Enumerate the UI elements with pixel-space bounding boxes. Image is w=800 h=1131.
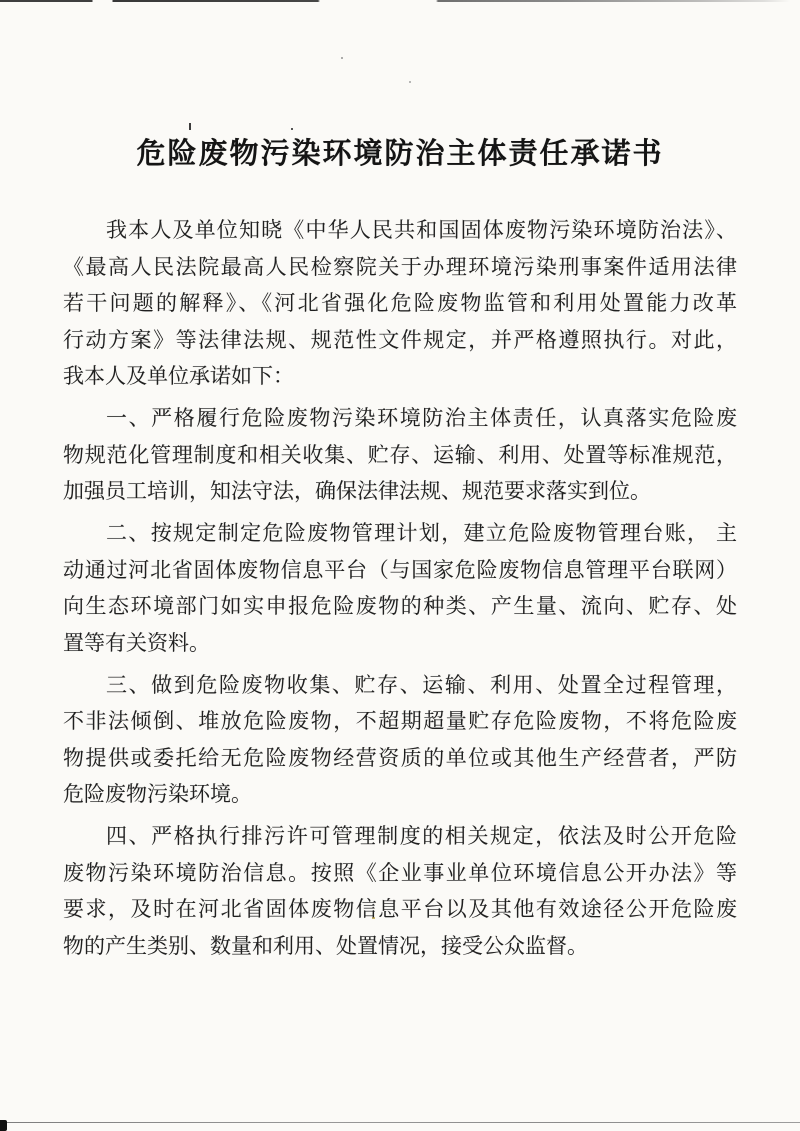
document-line: 不非法倾倒、堆放危险废物，不超期超量贮存危险废物，不将危险废 xyxy=(63,703,737,740)
commitment-item-4: 四、严格执行排污许可管理制度的相关规定，依法及时公开危险 废物污染环境防治信息。… xyxy=(63,818,737,964)
document-line: 加强员工培训，知法守法，确保法律法规、规范要求落实到位。 xyxy=(63,473,737,510)
scan-speck xyxy=(409,81,411,83)
document-line: 危险废物污染环境。 xyxy=(63,776,737,813)
document-line: 向生态环境部门如实申报危险废物的种类、产生量、流向、贮存、处 xyxy=(63,588,737,625)
document-line: 四、严格执行排污许可管理制度的相关规定，依法及时公开危险 xyxy=(63,818,737,855)
scan-speck xyxy=(341,57,343,59)
scanned-document-page: 危险废物污染环境防治主体责任承诺书 我本人及单位知晓《中华人民共和国固体废物污染… xyxy=(0,0,800,1131)
document-line: 要求，及时在河北省固体废物信息平台以及其他有效途径公开危险废 xyxy=(63,891,737,928)
document-line: 物提供或委托给无危险废物经营资质的单位或其他生产经营者，严防 xyxy=(63,740,737,777)
scan-artifact-bottom-edge xyxy=(0,1122,800,1123)
document-line: 一、严格履行危险废物污染环境防治主体责任，认真落实危险废 xyxy=(63,400,737,437)
document-title: 危险废物污染环境防治主体责任承诺书 xyxy=(0,131,800,172)
document-line: 三、做到危险废物收集、贮存、运输、利用、处置全过程管理， xyxy=(63,667,737,704)
scan-speck xyxy=(291,128,293,130)
document-line: 我本人及单位知晓《中华人民共和国固体废物污染环境防治法》、 xyxy=(63,212,737,249)
document-line: 置等有关资料。 xyxy=(63,625,737,662)
commitment-item-1: 一、严格履行危险废物污染环境防治主体责任，认真落实危险废 物规范化管理制度和相关… xyxy=(63,400,737,510)
scan-speck xyxy=(189,123,191,130)
scan-artifact-top-edge xyxy=(0,0,800,2)
document-line: 物规范化管理制度和相关收集、贮存、运输、利用、处置等标准规范， xyxy=(63,437,737,474)
document-line: 行动方案》等法律法规、规范性文件规定，并严格遵照执行。对此， xyxy=(63,322,737,359)
document-line: 若干问题的解释》、《河北省强化危险废物监管和利用处置能力改革 xyxy=(63,285,737,322)
document-line: 二、按规定制定危险废物管理计划，建立危险废物管理台账， 主 xyxy=(63,515,737,552)
commitment-item-3: 三、做到危险废物收集、贮存、运输、利用、处置全过程管理， 不非法倾倒、堆放危险废… xyxy=(63,667,737,813)
document-line: 物的产生类别、数量和利用、处置情况，接受公众监督。 xyxy=(63,928,737,965)
document-body: 我本人及单位知晓《中华人民共和国固体废物污染环境防治法》、 《最高人民法院最高人… xyxy=(63,212,737,970)
scan-artifact-corner-mark xyxy=(0,1120,7,1131)
document-line: 动通过河北省固体废物信息平台（与国家危险废物信息管理平台联网） xyxy=(63,552,737,589)
commitment-item-2: 二、按规定制定危险废物管理计划，建立危险废物管理台账， 主 动通过河北省固体废物… xyxy=(63,515,737,661)
document-line: 《最高人民法院最高人民检察院关于办理环境污染刑事案件适用法律 xyxy=(63,249,737,286)
document-line: 废物污染环境防治信息。按照《企业事业单位环境信息公开办法》等 xyxy=(63,855,737,892)
document-line: 我本人及单位承诺如下： xyxy=(63,358,737,395)
intro-paragraph: 我本人及单位知晓《中华人民共和国固体废物污染环境防治法》、 《最高人民法院最高人… xyxy=(63,212,737,395)
